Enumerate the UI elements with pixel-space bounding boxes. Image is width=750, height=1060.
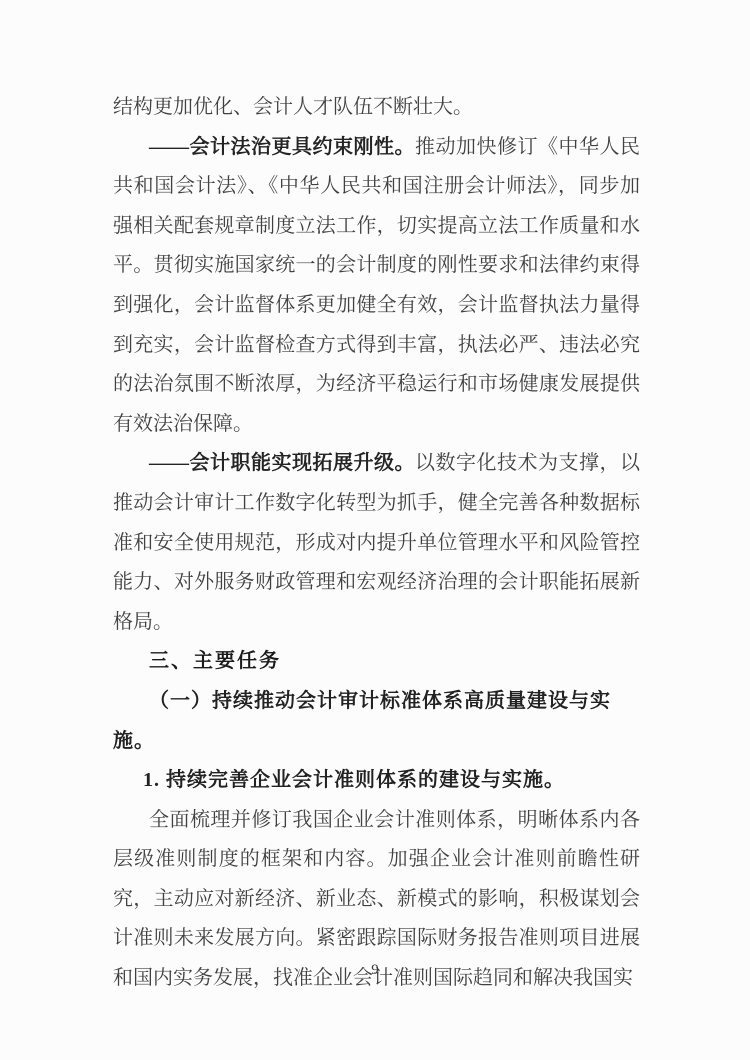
bold-text-run: ——会计职能实现拓展升级。 — [149, 452, 415, 474]
text-run: 以数字化技术为支撑，以推动会计审计工作数字化转型为抓手，健全完善各种数据标准和安… — [113, 452, 640, 632]
page-number: 9 — [0, 962, 750, 979]
paragraph: ——会计职能实现拓展升级。以数字化技术为支撑，以推动会计审计工作数字化转型为抓手… — [113, 444, 640, 642]
text-run: 结构更加优化、会计人才队伍不断壮大。 — [113, 96, 473, 118]
bold-text-run: 三、主要任务 — [149, 650, 281, 672]
text-run: 推动加快修订《中华人民共和国会计法》、《中华人民共和国注册会计师法》，同步加强相… — [113, 136, 640, 435]
bold-text-run: 1. 持续完善企业会计准则体系的建设与实施。 — [143, 769, 565, 791]
paragraph: 结构更加优化、会计人才队伍不断壮大。 — [113, 88, 640, 128]
bold-text-run: （一）持续推动会计审计标准体系高质量建设与实施。 — [113, 690, 611, 752]
document-body: 结构更加优化、会计人才队伍不断壮大。——会计法治更具约束刚性。推动加快修订《中华… — [113, 88, 640, 999]
paragraph: （一）持续推动会计审计标准体系高质量建设与实施。 — [113, 682, 640, 761]
paragraph: 1. 持续完善企业会计准则体系的建设与实施。 — [113, 761, 640, 801]
bold-text-run: ——会计法治更具约束刚性。 — [149, 136, 415, 158]
paragraph: 三、主要任务 — [113, 642, 640, 682]
document-page: 结构更加优化、会计人才队伍不断壮大。——会计法治更具约束刚性。推动加快修订《中华… — [0, 0, 750, 1060]
paragraph: ——会计法治更具约束刚性。推动加快修订《中华人民共和国会计法》、《中华人民共和国… — [113, 128, 640, 445]
